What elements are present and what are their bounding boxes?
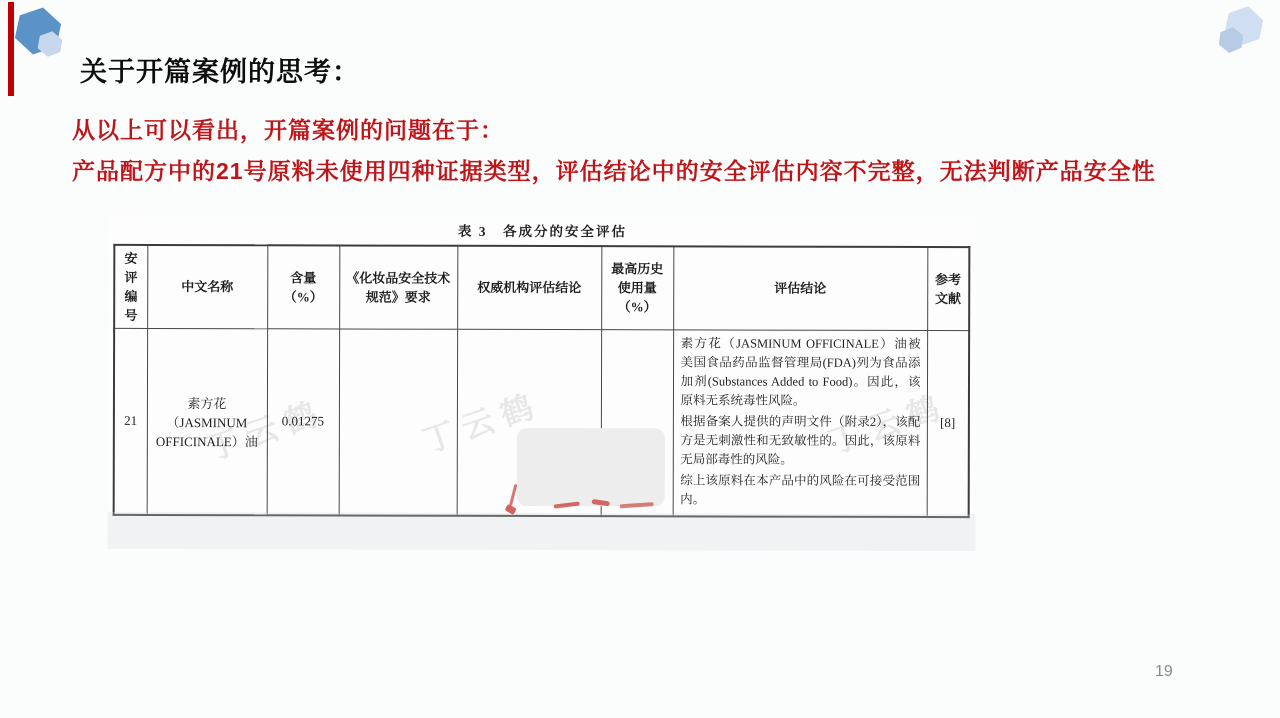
redaction-box bbox=[517, 428, 665, 506]
highlight-text-problem: 产品配方中的21号原料未使用四种证据类型，评估结论中的安全评估内容不完整，无法判… bbox=[72, 153, 1156, 186]
red-accent-bar bbox=[8, 2, 14, 96]
scanned-table-image: 表 3 各成分的安全评估 丁云鹤 丁云鹤 丁云鹤 安 评 编 号 中文名称 含量… bbox=[108, 215, 977, 551]
conclusion-paragraph: 综上该原料在本产品中的风险在可接受范围内。 bbox=[680, 471, 920, 510]
highlight-text-intro: 从以上可以看出，开篇案例的问题在于： bbox=[72, 112, 504, 145]
cell-spec-requirement bbox=[339, 328, 457, 515]
header-reference: 参考 文献 bbox=[927, 247, 969, 330]
table-header-row: 安 评 编 号 中文名称 含量 （%） 《化妆品安全技术 规范》要求 权威机构评… bbox=[114, 245, 969, 330]
scan-edge-shadow bbox=[108, 512, 976, 551]
cell-content-percent: 0.01275 bbox=[267, 328, 339, 515]
header-max-historical-usage: 最高历史 使用量 （%） bbox=[601, 246, 673, 329]
conclusion-paragraph: 素方花（JASMINUM OFFICINALE）油被美国食品药品监督管理局(FD… bbox=[680, 334, 920, 411]
cell-chinese-name: 素方花 （JASMINUM OFFICINALE）油 bbox=[147, 328, 267, 515]
header-chinese-name: 中文名称 bbox=[147, 245, 267, 328]
header-spec-requirement: 《化妆品安全技术 规范》要求 bbox=[339, 245, 457, 328]
cell-reference: [8] bbox=[927, 330, 969, 517]
presentation-slide: 关于开篇案例的思考： 从以上可以看出，开篇案例的问题在于： 产品配方中的21号原… bbox=[0, 0, 1280, 718]
table-caption: 表 3 各成分的安全评估 bbox=[108, 219, 976, 241]
header-authority-conclusion: 权威机构评估结论 bbox=[457, 246, 601, 329]
conclusion-paragraph: 根据备案人提供的声明文件（附录2），该配方是无刺激性和无致敏性的。因此，该原料无… bbox=[680, 412, 920, 470]
header-assessment-id: 安 评 编 号 bbox=[114, 245, 147, 328]
cell-assessment-id: 21 bbox=[114, 328, 147, 515]
header-content-percent: 含量 （%） bbox=[267, 245, 339, 328]
page-number: 19 bbox=[1155, 663, 1173, 681]
cell-assessment-conclusion: 素方花（JASMINUM OFFICINALE）油被美国食品药品监督管理局(FD… bbox=[673, 329, 927, 516]
slide-title: 关于开篇案例的思考： bbox=[80, 50, 360, 89]
header-assessment-conclusion: 评估结论 bbox=[673, 246, 927, 330]
